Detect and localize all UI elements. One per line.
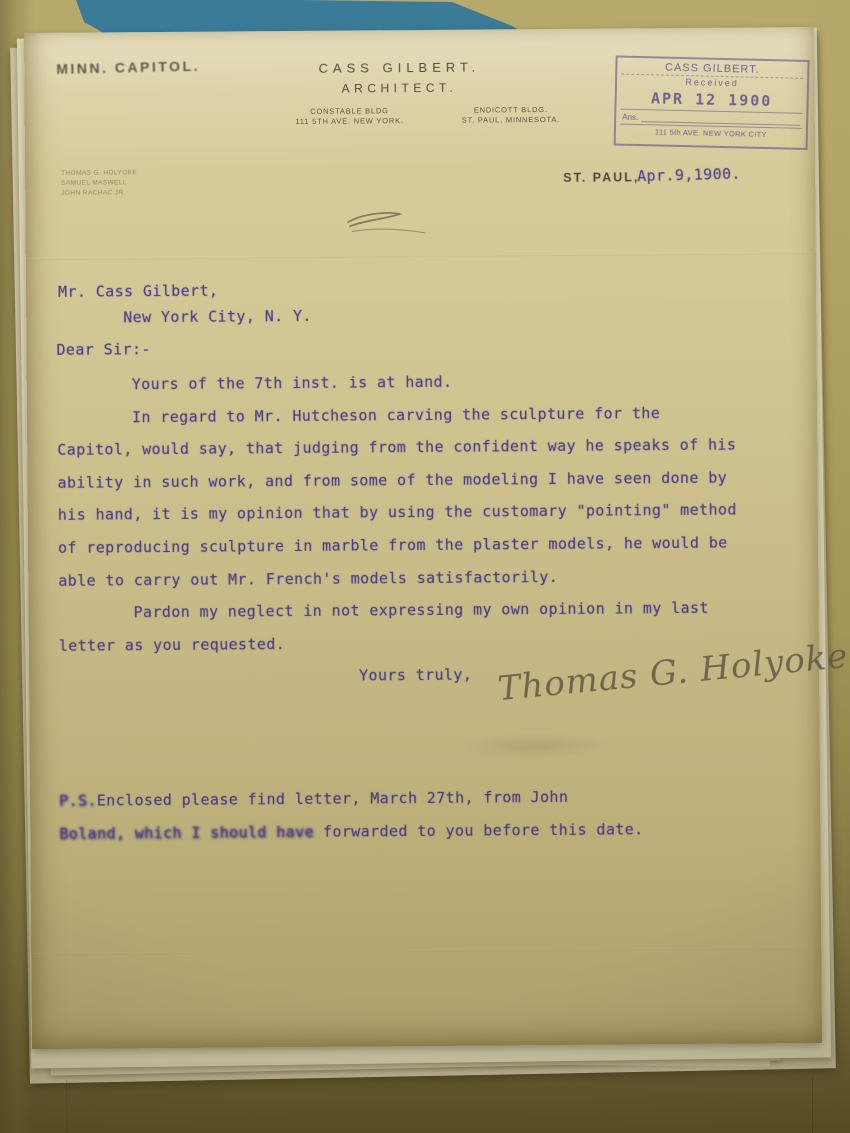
letterhead: CASS GILBERT. ARCHITECT. CONSTABLE BLDG … [204,59,595,128]
office-new-york: CONSTABLE BLDG 111 5TH AVE. NEW YORK. [295,106,403,127]
project-stamp: MINN. CAPITOL. [56,58,200,77]
erased-pencil-smudge [450,728,620,763]
letter-body: Yours of the 7th inst. is at hand. In re… [57,364,738,663]
postscript-line: Boland, which I should haveforwarded to … [59,813,644,851]
office-st-paul: ENDICOTT BLDG. ST. PAUL, MINNESOTA. [462,105,560,126]
body-line: Pardon my neglect in not expressing my o… [58,592,737,630]
background-crease [812,1076,813,1133]
letterhead-title: ARCHITECT. [204,80,594,97]
postscript-line: P.S.Enclosed please find letter, March 2… [59,780,644,818]
body-line: ability in such work, and from some of t… [57,461,736,499]
ps-text: forwarded to you before this date. [323,820,644,841]
staff-names: THOMAS G. HOLYOKE SAMUEL MASWELL JOHN RA… [61,168,137,199]
stamp-ans-label: Ans. [622,113,638,122]
office-address: ST. PAUL, MINNESOTA. [462,115,560,126]
recipient-name: Mr. Cass Gilbert, [58,282,218,301]
ps-text-smeared: Boland, which I should have [59,823,314,843]
salutation: Dear Sir:- [56,340,150,359]
fold-crease [31,947,821,955]
letter-sheet: MINN. CAPITOL. CASS GILBERT. ARCHITECT. … [24,27,822,1049]
office-address: 111 5TH AVE. NEW YORK. [295,116,403,127]
recipient-city: New York City, N. Y. [123,307,312,326]
body-line: of reproducing sculpture in marble from … [58,527,737,565]
body-line: In regard to Mr. Hutcheson carving the s… [57,396,736,434]
letterhead-name: CASS GILBERT. [204,59,594,77]
body-line: able to carry out Mr. French's models sa… [58,559,737,597]
body-line: Capitol, would say, that judging from th… [57,429,736,467]
body-line: Yours of the 7th inst. is at hand. [57,364,736,402]
staff-name: JOHN RACHAC JR. [61,188,137,199]
pencil-squiggle [337,205,429,240]
background-crease [66,1080,67,1133]
body-line: his hand, it is my opinion that by using… [58,494,737,532]
dateline: ST. PAUL, Apr.9,1900. [563,168,639,187]
fold-crease [26,252,816,260]
received-stamp: CASS GILBERT. Received APR 12 1900 Ans. … [614,55,810,150]
dateline-typed: Apr.9,1900. [637,165,741,186]
postscript: P.S.Enclosed please find letter, March 2… [59,780,644,851]
closing: Yours truly, [359,666,472,685]
letterhead-offices: CONSTABLE BLDG 111 5TH AVE. NEW YORK. EN… [233,104,623,127]
staff-name: THOMAS G. HOLYOKE [61,168,137,179]
ps-label: P.S. [59,792,97,810]
dateline-printed: ST. PAUL, [563,170,639,185]
ps-text: Enclosed please find letter, March 27th,… [97,788,569,810]
photograph-of-letter: MINN. CAPITOL. CASS GILBERT. ARCHITECT. … [0,0,850,1133]
staff-name: SAMUEL MASWELL [61,178,137,189]
